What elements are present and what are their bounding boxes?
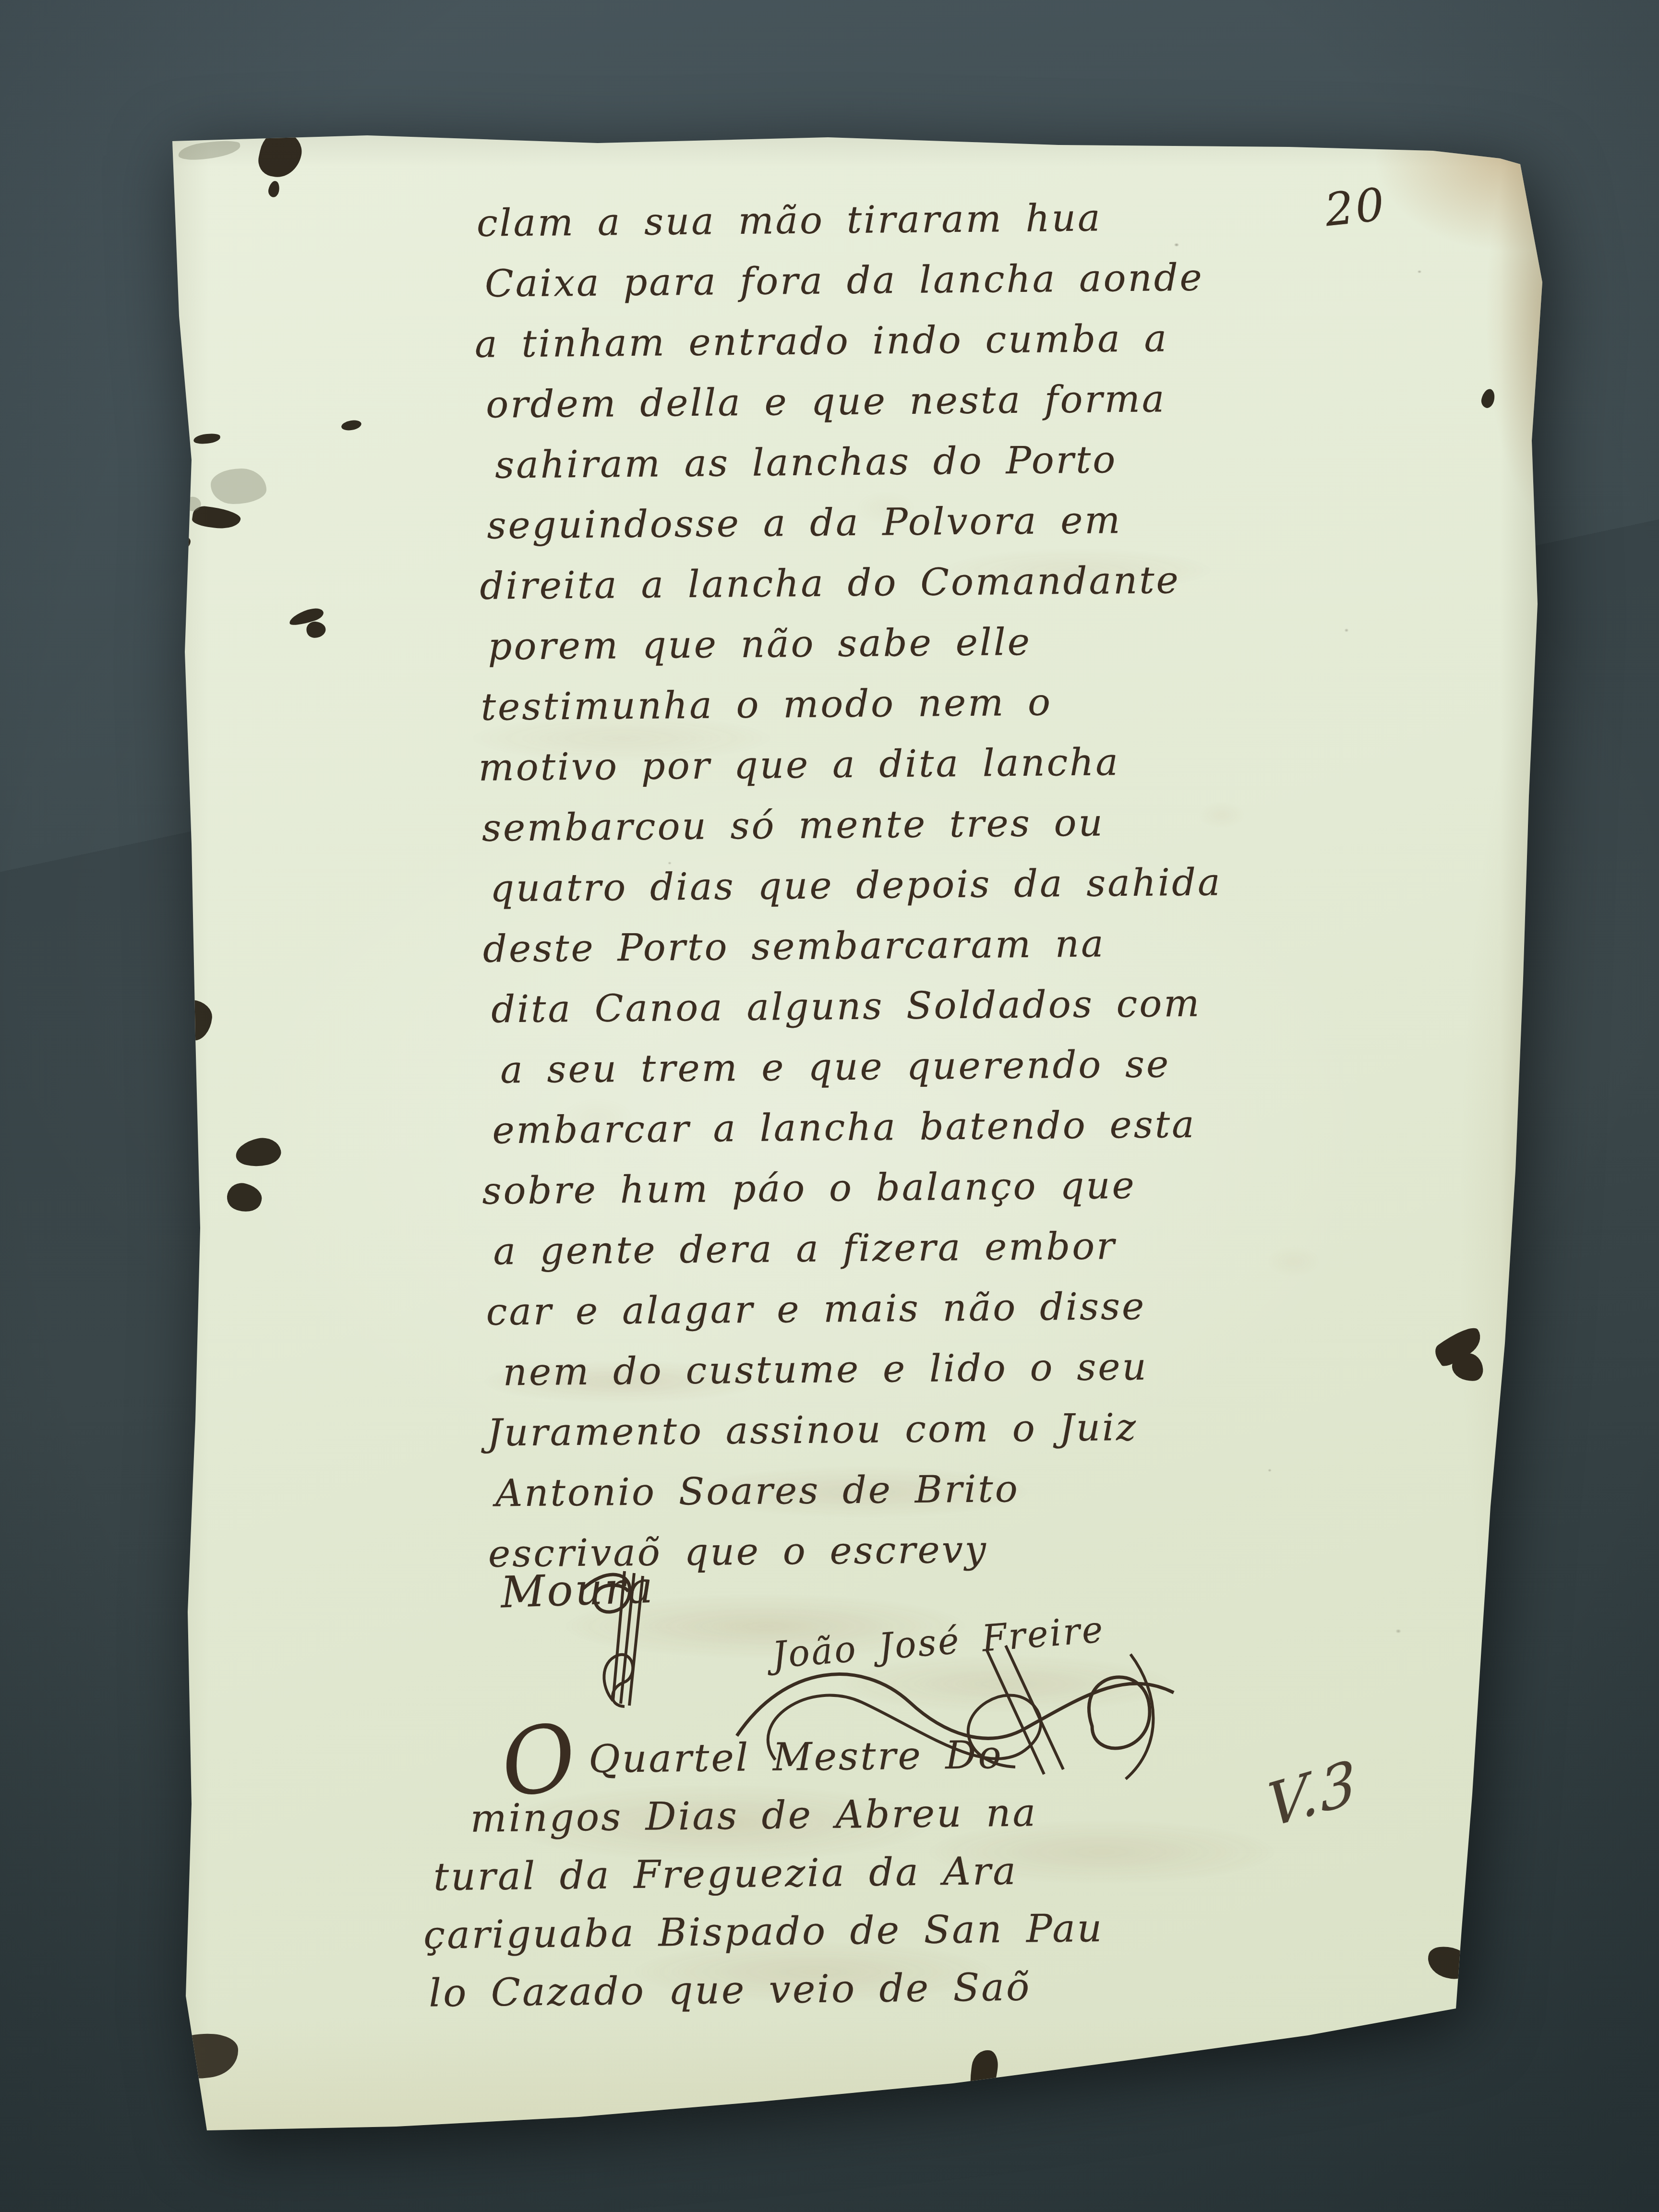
paper-edge-shading	[166, 133, 1553, 2135]
ink-blot	[1454, 1999, 1518, 2076]
manuscript-page: 20 clam a sua mão tiraram hua Caixa para…	[166, 133, 1553, 2135]
ink-blot	[169, 535, 191, 550]
manuscript-page-wrap: 20 clam a sua mão tiraram hua Caixa para…	[166, 133, 1553, 2135]
